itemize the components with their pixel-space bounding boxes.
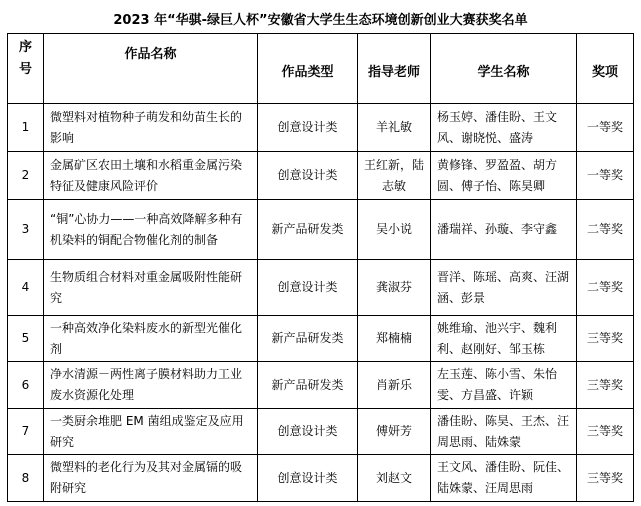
cell-work-name: 微塑料对植物种子萌发和幼苗生长的影响 [44,104,258,152]
cell-students: 晋洋、陈瑶、高爽、汪湖涵、彭景 [431,260,577,316]
cell-award: 三等奖 [577,409,634,455]
cell-students: 潘瑞祥、孙璇、李守鑫 [431,200,577,260]
cell-work-name: 一类厨余堆肥 EM 菌组成鉴定及应用研究 [44,409,258,455]
header-work-type: 作品类型 [258,34,358,104]
header-seq-line2: 号 [12,59,39,81]
cell-students: 姚维瑜、池兴宇、魏利利、赵刚好、邹玉栋 [431,316,577,362]
document-title: 2023 年“华骐-绿巨人杯”安徽省大学生生态环境创新创业大赛获奖名单 [0,9,641,28]
cell-students: 潘佳盼、陈昊、王杰、汪周思雨、陆姝蒙 [431,409,577,455]
cell-work-name: 一种高效净化染料废水的新型光催化剂 [44,316,258,362]
table-row: 3 “铜”心协力——一种高效降解多种有机染料的铜配合物催化剂的制备 新产品研发类… [8,200,634,260]
cell-work-type: 新产品研发类 [258,362,358,409]
cell-seq: 4 [8,260,44,316]
cell-advisor: 刘赵文 [358,455,431,502]
cell-advisor: 吴小说 [358,200,431,260]
cell-students: 杨玉婷、潘佳盼、王文风、谢晓悦、盛涛 [431,104,577,152]
cell-work-type: 创意设计类 [258,409,358,455]
cell-award: 二等奖 [577,200,634,260]
cell-award: 三等奖 [577,316,634,362]
cell-award: 三等奖 [577,362,634,409]
cell-seq: 3 [8,200,44,260]
cell-work-name: 净水清源－两性离子膜材料助力工业废水资源化处理 [44,362,258,409]
cell-seq: 7 [8,409,44,455]
cell-seq: 5 [8,316,44,362]
cell-award: 一等奖 [577,152,634,200]
header-advisor: 指导老师 [358,34,431,104]
cell-advisor: 肖新乐 [358,362,431,409]
cell-students: 王文风、潘佳盼、阮佳、陆姝蒙、汪周思雨 [431,455,577,502]
cell-work-name: 生物质组合材料对重金属吸附性能研究 [44,260,258,316]
cell-award: 三等奖 [577,455,634,502]
header-seq: 序 号 [8,34,44,104]
cell-work-type: 创意设计类 [258,260,358,316]
header-award: 奖项 [577,34,634,104]
cell-seq: 1 [8,104,44,152]
table-row: 6 净水清源－两性离子膜材料助力工业废水资源化处理 新产品研发类 肖新乐 左玉莲… [8,362,634,409]
cell-work-name: 微塑料的老化行为及其对金属镉的吸附研究 [44,455,258,502]
award-table: 序 号 作品名称 作品类型 指导老师 学生名称 奖项 1 微塑料对植物种子萌发和… [7,33,634,502]
cell-award: 二等奖 [577,260,634,316]
table-row: 4 生物质组合材料对重金属吸附性能研究 创意设计类 龚淑芬 晋洋、陈瑶、高爽、汪… [8,260,634,316]
header-row: 序 号 作品名称 作品类型 指导老师 学生名称 奖项 [8,34,634,104]
cell-work-type: 新产品研发类 [258,200,358,260]
cell-work-type: 创意设计类 [258,104,358,152]
cell-seq: 2 [8,152,44,200]
cell-work-type: 创意设计类 [258,455,358,502]
header-students: 学生名称 [431,34,577,104]
header-work-name: 作品名称 [44,34,258,104]
cell-advisor: 羊礼敏 [358,104,431,152]
cell-award: 一等奖 [577,104,634,152]
table-row: 2 金属矿区农田土壤和水稻重金属污染特征及健康风险评价 创意设计类 王红新，陆志… [8,152,634,200]
cell-students: 左玉莲、陈小雪、朱怡雯、方昌盛、许颖 [431,362,577,409]
cell-students: 黄修锋、罗盈盈、胡方圆、傅子怡、陈昊卿 [431,152,577,200]
table-row: 7 一类厨余堆肥 EM 菌组成鉴定及应用研究 创意设计类 傅妍芳 潘佳盼、陈昊、… [8,409,634,455]
cell-work-type: 新产品研发类 [258,316,358,362]
cell-work-name: “铜”心协力——一种高效降解多种有机染料的铜配合物催化剂的制备 [44,200,258,260]
cell-advisor: 龚淑芬 [358,260,431,316]
cell-advisor: 王红新，陆志敏 [358,152,431,200]
cell-work-type: 创意设计类 [258,152,358,200]
cell-seq: 6 [8,362,44,409]
table-row: 8 微塑料的老化行为及其对金属镉的吸附研究 创意设计类 刘赵文 王文风、潘佳盼、… [8,455,634,502]
cell-work-name: 金属矿区农田土壤和水稻重金属污染特征及健康风险评价 [44,152,258,200]
cell-advisor: 郑楠楠 [358,316,431,362]
table-row: 5 一种高效净化染料废水的新型光催化剂 新产品研发类 郑楠楠 姚维瑜、池兴宇、魏… [8,316,634,362]
cell-seq: 8 [8,455,44,502]
header-seq-line1: 序 [12,37,39,59]
table-row: 1 微塑料对植物种子萌发和幼苗生长的影响 创意设计类 羊礼敏 杨玉婷、潘佳盼、王… [8,104,634,152]
cell-advisor: 傅妍芳 [358,409,431,455]
